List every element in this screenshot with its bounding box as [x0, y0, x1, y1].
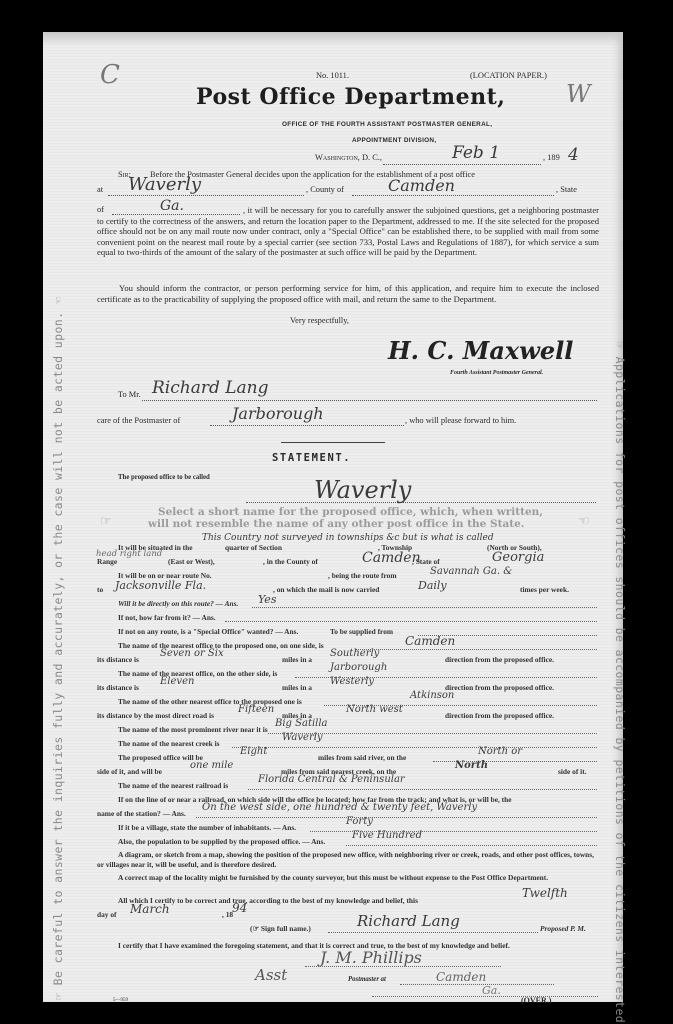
office-name-value: Waverly — [314, 476, 411, 504]
paper-edge-shadow — [43, 32, 623, 46]
distance1-label: its distance is — [97, 655, 139, 664]
to-value: Richard Lang — [152, 378, 269, 398]
route-from-label: , being the route from — [328, 571, 397, 580]
office-name-line — [246, 502, 596, 503]
distance2-value: Eleven — [160, 676, 194, 687]
date-line — [383, 164, 541, 165]
form-code: 5—959 — [113, 998, 128, 1003]
at-label: at — [97, 185, 103, 194]
postmaster-state-value: Ga. — [482, 984, 501, 997]
village-label: If it be a village, state the number of … — [118, 823, 296, 832]
how-far-label: If not, how far from it? — Ans. — [118, 613, 216, 622]
map-note: A correct map of the locality might be f… — [97, 873, 597, 883]
population-line — [346, 845, 597, 846]
year-suffix: 4 — [568, 145, 579, 165]
state-of-value: Georgia — [492, 550, 544, 565]
carried-value: Daily — [418, 579, 447, 592]
divider-ornament — [281, 442, 385, 443]
distance3-label: its distance by the most direct road is — [97, 711, 214, 720]
railroad-value: Florida Central & Peninsular — [258, 774, 405, 785]
closing: Very respectfully, — [290, 316, 349, 325]
east-west-label: (East or West), — [168, 557, 215, 566]
side-of-it-suffix: side of it. — [558, 767, 587, 776]
distance3-value: Fifteen — [238, 704, 274, 715]
to-line — [142, 400, 597, 401]
division-line: APPOINTMENT DIVISION, — [352, 137, 436, 144]
direction2-suffix: direction from the proposed office. — [445, 683, 554, 692]
postmaster-at-line — [400, 984, 554, 985]
river-label: The name of the most prominent river nea… — [118, 725, 268, 734]
care-suffix: , who will please forward to him. — [405, 416, 516, 425]
carried-label: , on which the mail is now carried — [273, 585, 379, 594]
month-value: March — [130, 902, 170, 916]
proposed-pm-label: Proposed P. M. — [540, 924, 586, 933]
station-line — [196, 817, 597, 818]
state-label: , State — [556, 185, 577, 194]
county-label: , County of — [306, 185, 344, 194]
creek-value: Waverly — [282, 732, 323, 743]
over-label: (OVER.) — [521, 996, 551, 1005]
letter-paragraph-1: , it will be necessary for you to carefu… — [97, 205, 599, 258]
margin-mark-right: W — [566, 80, 591, 108]
river-miles-value: Eight — [240, 746, 267, 757]
directly-line — [252, 607, 597, 608]
sign-line — [328, 932, 538, 933]
nearest1-line — [355, 649, 597, 650]
creek-side-value: North — [455, 760, 488, 771]
signature-title: Fourth Assistant Postmaster General. — [450, 370, 543, 376]
station-value: On the west side, one hundred & twenty f… — [202, 802, 477, 813]
nearest3-label: The name of the other nearest office to … — [118, 697, 302, 706]
nearest3-value: Atkinson — [410, 690, 454, 701]
form-type: (LOCATION PAPER.) — [470, 71, 547, 80]
certify-day-value: Twelfth — [522, 886, 568, 900]
care-label: care of the Postmaster of — [97, 416, 180, 425]
village-value: Forty — [346, 816, 373, 827]
pm-signature-line — [305, 966, 501, 967]
day-of-label: day of — [97, 910, 117, 919]
to-label: To Mr. — [118, 390, 141, 399]
pointing-hand-left-icon: ☞ — [100, 513, 112, 529]
to-route-value: Jacksonville Fla. — [115, 579, 206, 592]
direction2-value: Westerly — [330, 676, 374, 687]
pm-signature: J. M. Phillips — [320, 948, 422, 967]
date-value: Feb 1 — [452, 143, 500, 163]
direction1-suffix: direction from the proposed office. — [445, 655, 554, 664]
signature-4th-asst-pmg: H. C. Maxwell — [388, 336, 573, 365]
name-notice-line1: Select a short name for the proposed off… — [158, 506, 543, 518]
pointing-hand-right-icon: ☜ — [578, 513, 590, 529]
page-title: Post Office Department, — [196, 84, 505, 110]
population-label: Also, the population to be supplied by t… — [118, 837, 325, 846]
miles-in-a-2: miles in a — [282, 683, 312, 692]
year-value: 94 — [232, 901, 247, 915]
directly-label: Will it be directly on this route? — Ans… — [118, 599, 238, 608]
direction1-value: Southerly — [330, 648, 379, 659]
creek-line — [232, 747, 597, 748]
route-from-value: Savannah Ga. & — [430, 566, 512, 577]
in-county-value: Camden — [362, 550, 421, 566]
directly-value: Yes — [258, 593, 276, 606]
how-far-line — [225, 621, 597, 622]
station-label: name of the station? — Ans. — [97, 809, 186, 818]
direction3-value: North west — [346, 704, 403, 715]
nearest2-value: Jarborough — [330, 662, 387, 673]
at-line — [108, 195, 304, 196]
right-margin-notice: ☞ Applications for post offices should b… — [613, 342, 627, 982]
nearest2-label: The name of the nearest office, on the o… — [118, 669, 277, 678]
diagram-note: A diagram, or sketch from a map, showing… — [97, 850, 597, 870]
margin-mark-left: C — [100, 60, 120, 90]
distance1-value: Seven or Six — [160, 648, 224, 659]
river-side-label: miles from said river, on the — [318, 753, 406, 762]
sign-label: (☞ Sign full name.) — [250, 924, 311, 933]
statement-heading: STATEMENT. — [272, 452, 351, 464]
year-prefix: , 189 — [543, 153, 560, 162]
office-name-label: The proposed office to be called — [118, 474, 210, 481]
times-label: times per week. — [520, 585, 569, 594]
at-value: Waverly — [128, 174, 201, 195]
population-value: Five Hundred — [352, 830, 422, 841]
range-label: Range — [97, 557, 117, 566]
postmaster-at-value: Camden — [436, 970, 486, 984]
county-value: Camden — [388, 176, 455, 195]
sign-value: Richard Lang — [357, 912, 460, 930]
creek-label: The name of the nearest creek is — [118, 739, 220, 748]
side-of-it-label: side of it, and will be — [97, 767, 162, 776]
to-route-label: to — [97, 585, 103, 594]
office-line: Office of the Fourth Assistant Postmaste… — [282, 121, 492, 128]
river-value: Big Satilla — [275, 718, 328, 729]
place-label: Washington, D. C., — [315, 153, 382, 162]
left-margin-notice: ☞ Be careful to answer the inquiries ful… — [51, 280, 65, 1000]
creek-miles-value: one mile — [190, 760, 233, 771]
name-notice-line2: will not resemble the name of any other … — [148, 518, 524, 530]
postmaster-at-label: Postmaster at — [348, 976, 386, 983]
nearest1-value: Camden — [405, 634, 455, 648]
supplied-from-label: To be supplied from — [330, 627, 393, 636]
river-side-value: North or — [478, 746, 522, 757]
letter-paragraph-2: You should inform the contractor, or per… — [97, 283, 599, 304]
miles-in-a-1: miles in a — [282, 655, 312, 664]
county-line — [352, 195, 554, 196]
form-number: No. 1011. — [316, 71, 349, 80]
care-line — [210, 425, 404, 426]
quarter-label: quarter of Section — [225, 543, 282, 552]
certify2-text: I certify that I have examined the foreg… — [118, 941, 510, 950]
distance2-label: its distance is — [97, 683, 139, 692]
asst-note: Asst — [255, 966, 287, 984]
special-office-label: If not on any route, is a "Special Offic… — [118, 627, 298, 636]
railroad-label: The name of the nearest railroad is — [118, 781, 228, 790]
railroad-line — [248, 789, 597, 790]
direction3-suffix: direction from the proposed office. — [445, 711, 554, 720]
care-value: Jarborough — [232, 404, 324, 423]
survey-annotation: This Country not surveyed in townships &… — [202, 533, 494, 543]
in-county-label: , in the County of — [263, 557, 318, 566]
